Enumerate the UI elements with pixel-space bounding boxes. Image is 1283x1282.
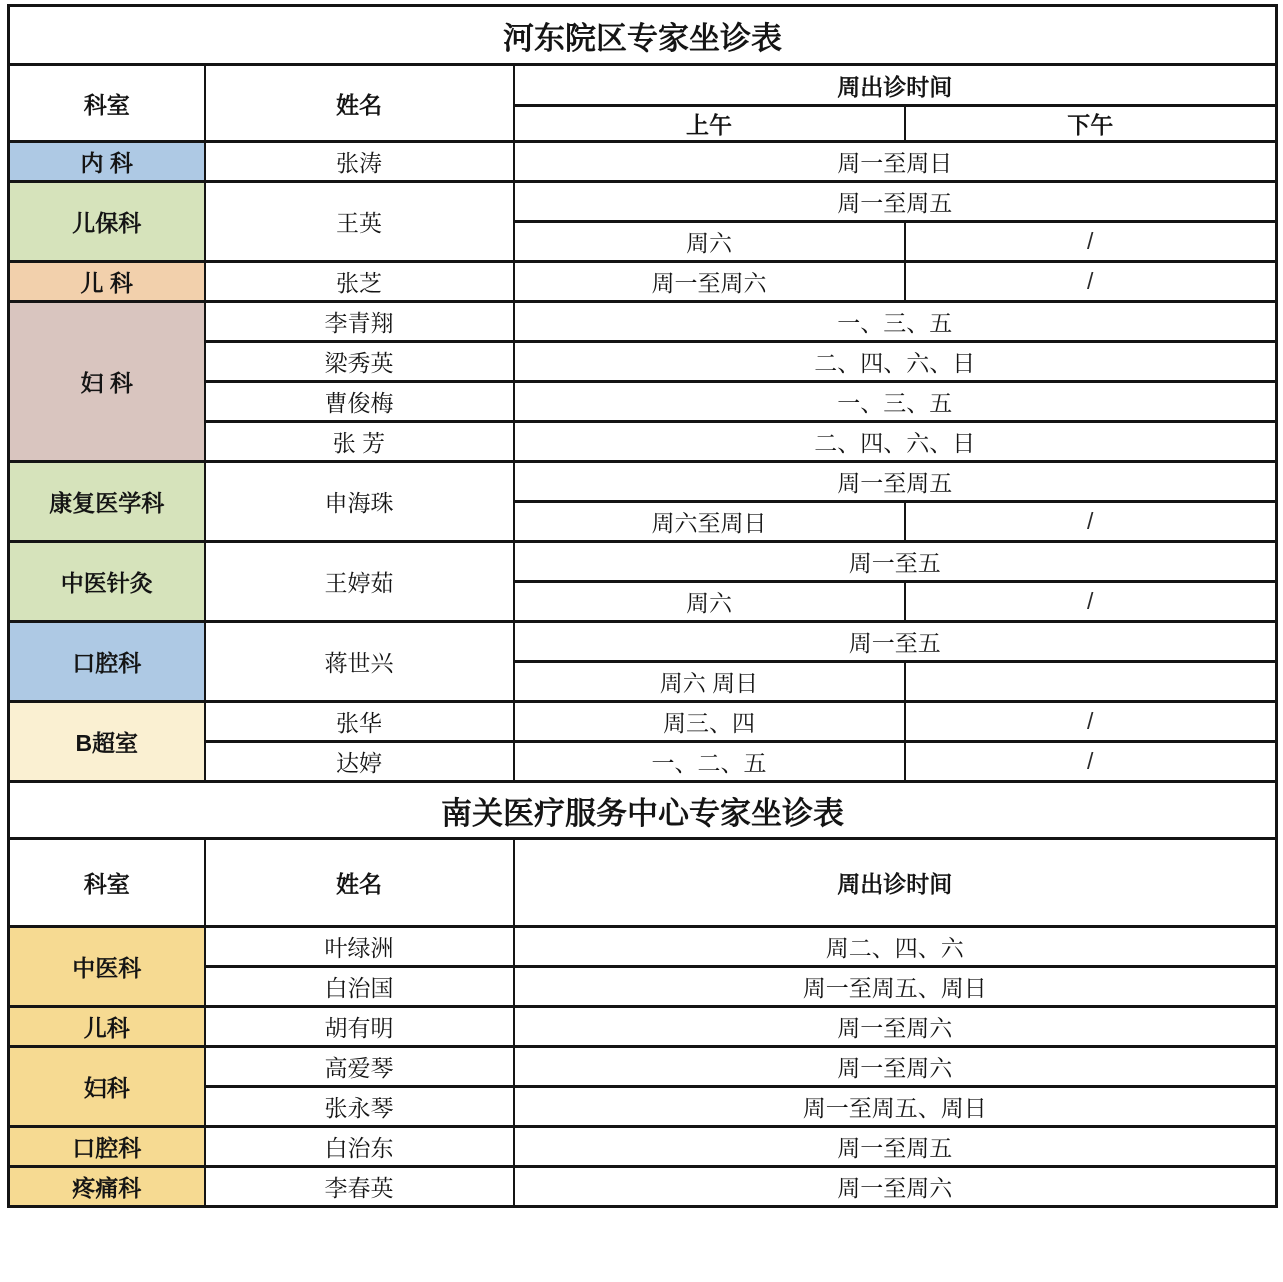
dept-cell: 疼痛科: [9, 1167, 205, 1207]
name-cell: 张 芳: [205, 422, 514, 462]
name-cell: 张华: [205, 702, 514, 742]
schedule-cell: 周一至周五: [514, 182, 1277, 222]
schedule-am-cell: 周六至周日: [514, 502, 905, 542]
schedule-cell: 周一至周日: [514, 142, 1277, 182]
table-row: 口腔科 蒋世兴 周一至五: [9, 622, 1277, 662]
name-cell: 王婷茹: [205, 542, 514, 622]
schedule-cell: 周一至周六: [514, 1007, 1277, 1047]
dept-cell: 康复医学科: [9, 462, 205, 542]
dept-cell: 口腔科: [9, 1127, 205, 1167]
consultation-schedule-table: 河东院区专家坐诊表 科室 姓名 周出诊时间 上午 下午 内 科 张涛 周一至周日…: [7, 4, 1278, 1208]
table1-header-schedule: 周出诊时间: [514, 65, 1277, 106]
schedule-cell: 二、四、六、日: [514, 342, 1277, 382]
table1-header-name: 姓名: [205, 65, 514, 142]
schedule-cell: 周一至周五: [514, 462, 1277, 502]
table-row: 康复医学科 申海珠 周一至周五: [9, 462, 1277, 502]
schedule-pm-cell: [905, 662, 1277, 702]
dept-cell: 儿科: [9, 1007, 205, 1047]
table1-header-afternoon: 下午: [905, 106, 1277, 142]
schedule-am-cell: 周六: [514, 222, 905, 262]
name-cell: 李青翔: [205, 302, 514, 342]
dept-cell: 口腔科: [9, 622, 205, 702]
schedule-cell: 周一至五: [514, 542, 1277, 582]
schedule-cell: 周一至五: [514, 622, 1277, 662]
table2-header-row: 科室 姓名 周出诊时间: [9, 839, 1277, 927]
name-cell: 申海珠: [205, 462, 514, 542]
name-cell: 白治东: [205, 1127, 514, 1167]
name-cell: 张永琴: [205, 1087, 514, 1127]
table-row: 中医科 叶绿洲 周二、四、六: [9, 927, 1277, 967]
name-cell: 白治国: [205, 967, 514, 1007]
name-cell: 梁秀英: [205, 342, 514, 382]
table1-title: 河东院区专家坐诊表: [9, 6, 1277, 65]
table1-header-dept: 科室: [9, 65, 205, 142]
name-cell: 李春英: [205, 1167, 514, 1207]
schedule-cell: 周一至周六: [514, 1167, 1277, 1207]
name-cell: 蒋世兴: [205, 622, 514, 702]
schedule-cell: 一、三、五: [514, 382, 1277, 422]
table-row: 口腔科 白治东 周一至周五: [9, 1127, 1277, 1167]
name-cell: 高爱琴: [205, 1047, 514, 1087]
schedule-cell: 周二、四、六: [514, 927, 1277, 967]
table-row: 妇 科 李青翔 一、三、五: [9, 302, 1277, 342]
dept-cell: 中医科: [9, 927, 205, 1007]
schedule-cell: 周一至周五、周日: [514, 1087, 1277, 1127]
schedule-am-cell: 一、二、五: [514, 742, 905, 782]
table-row: 儿科 胡有明 周一至周六: [9, 1007, 1277, 1047]
table2-title: 南关医疗服务中心专家坐诊表: [9, 782, 1277, 839]
schedule-am-cell: 周六 周日: [514, 662, 905, 702]
table-row: 妇科 高爱琴 周一至周六: [9, 1047, 1277, 1087]
dept-cell: B超室: [9, 702, 205, 782]
schedule-sheet: 河东院区专家坐诊表 科室 姓名 周出诊时间 上午 下午 内 科 张涛 周一至周日…: [0, 0, 1283, 1282]
name-cell: 王英: [205, 182, 514, 262]
table-row: 疼痛科 李春英 周一至周六: [9, 1167, 1277, 1207]
no-session-slash: /: [905, 742, 1277, 782]
table-row: 南关医疗服务中心专家坐诊表: [9, 782, 1277, 839]
table2-header-name: 姓名: [205, 839, 514, 927]
schedule-cell: 周一至周五: [514, 1127, 1277, 1167]
dept-cell: 妇 科: [9, 302, 205, 462]
name-cell: 张芝: [205, 262, 514, 302]
table2-header-dept: 科室: [9, 839, 205, 927]
dept-cell: 内 科: [9, 142, 205, 182]
name-cell: 达婷: [205, 742, 514, 782]
schedule-cell: 二、四、六、日: [514, 422, 1277, 462]
table1-header-morning: 上午: [514, 106, 905, 142]
table-row: 儿保科 王英 周一至周五: [9, 182, 1277, 222]
name-cell: 张涛: [205, 142, 514, 182]
no-session-slash: /: [905, 582, 1277, 622]
dept-cell: 儿保科: [9, 182, 205, 262]
schedule-cell: 周一至周六: [514, 1047, 1277, 1087]
name-cell: 叶绿洲: [205, 927, 514, 967]
table-row: 儿 科 张芝 周一至周六 /: [9, 262, 1277, 302]
schedule-am-cell: 周三、四: [514, 702, 905, 742]
table-row: 河东院区专家坐诊表: [9, 6, 1277, 65]
no-session-slash: /: [905, 702, 1277, 742]
name-cell: 胡有明: [205, 1007, 514, 1047]
no-session-slash: /: [905, 502, 1277, 542]
dept-cell: 妇科: [9, 1047, 205, 1127]
dept-cell: 中医针灸: [9, 542, 205, 622]
table2-header-schedule: 周出诊时间: [514, 839, 1277, 927]
schedule-am-cell: 周六: [514, 582, 905, 622]
no-session-slash: /: [905, 262, 1277, 302]
name-cell: 曹俊梅: [205, 382, 514, 422]
table-row: 内 科 张涛 周一至周日: [9, 142, 1277, 182]
table-row: 中医针灸 王婷茹 周一至五: [9, 542, 1277, 582]
table-row: B超室 张华 周三、四 /: [9, 702, 1277, 742]
schedule-am-cell: 周一至周六: [514, 262, 905, 302]
schedule-cell: 一、三、五: [514, 302, 1277, 342]
schedule-cell: 周一至周五、周日: [514, 967, 1277, 1007]
table1-header-row: 科室 姓名 周出诊时间: [9, 65, 1277, 106]
dept-cell: 儿 科: [9, 262, 205, 302]
no-session-slash: /: [905, 222, 1277, 262]
